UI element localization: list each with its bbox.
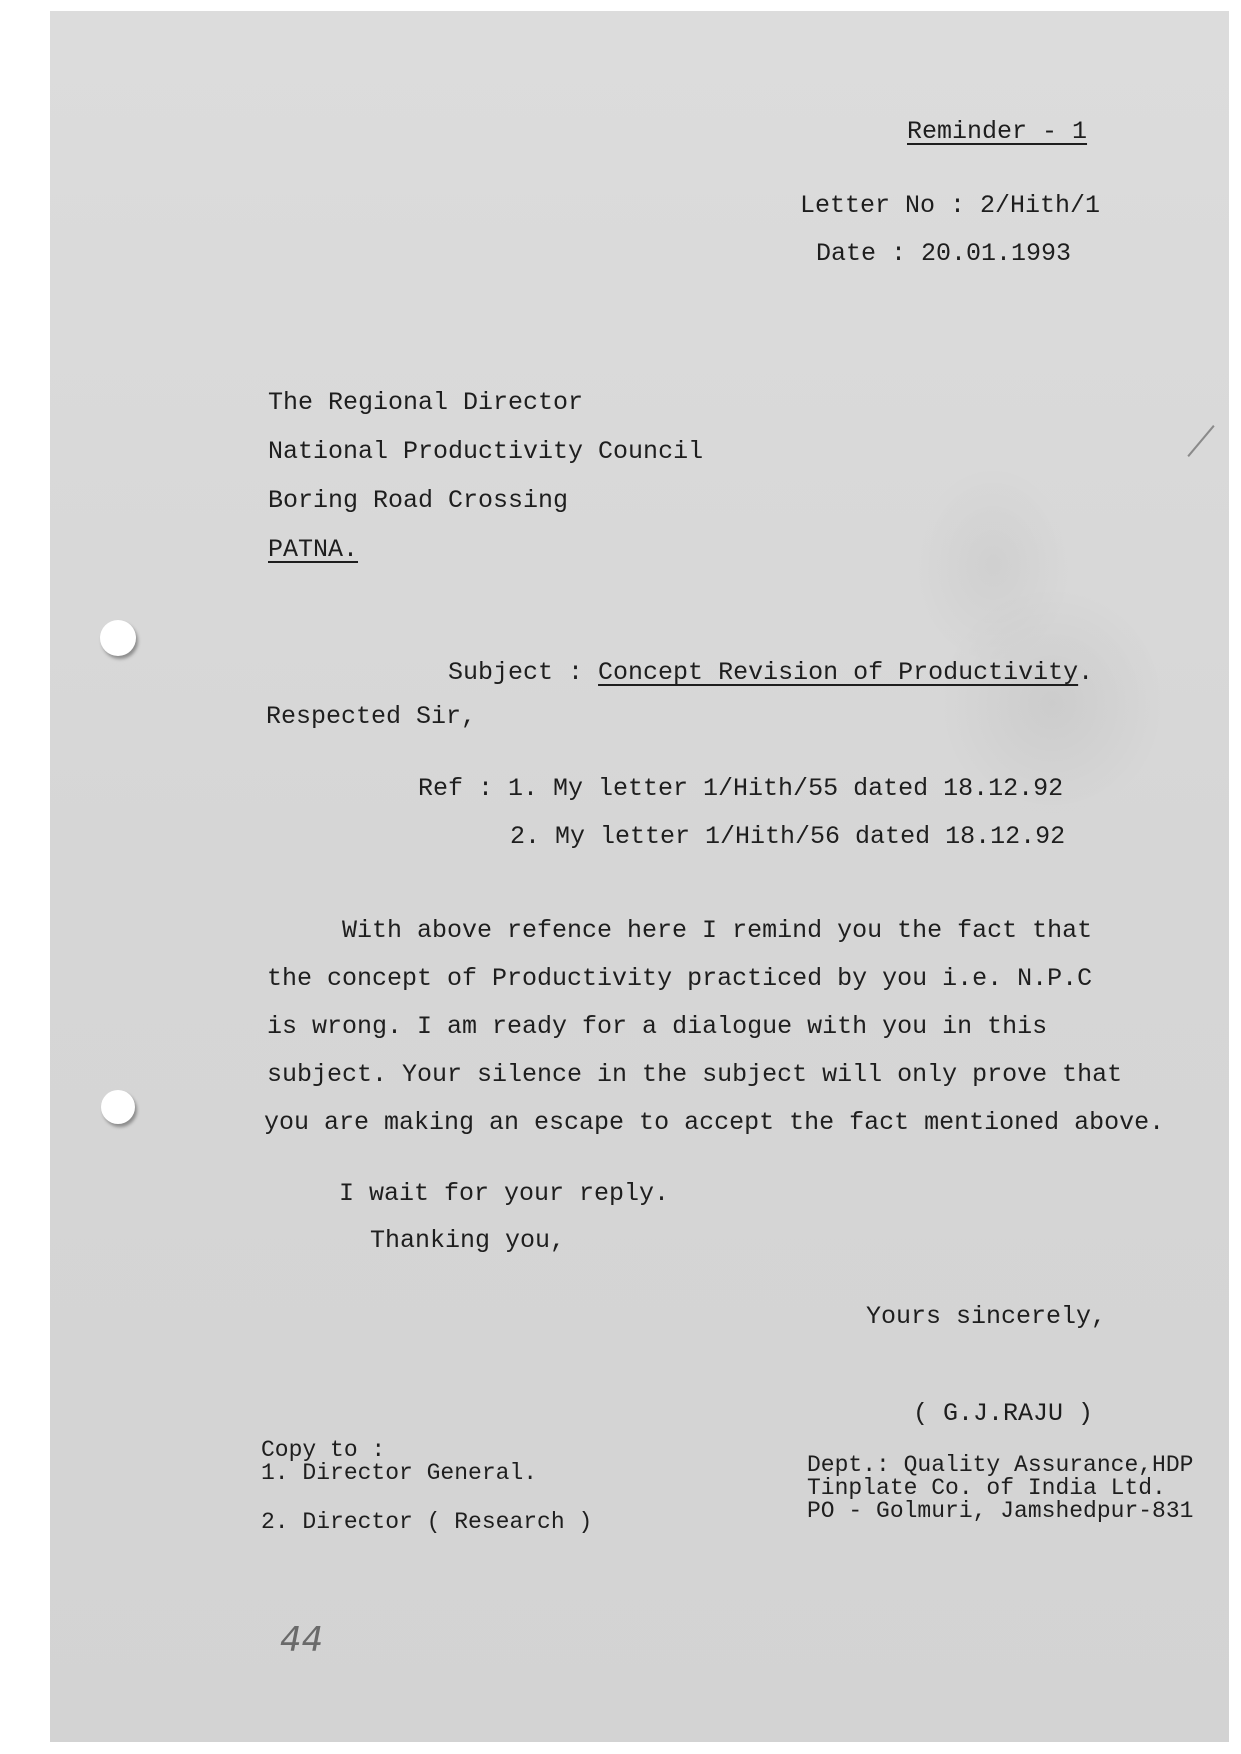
closing-line: I wait for your reply.: [339, 1180, 669, 1208]
reference-1: Ref : 1. My letter 1/Hith/55 dated 18.12…: [418, 775, 1063, 803]
punch-hole: [101, 1090, 135, 1124]
pen-mark: [1187, 425, 1214, 457]
body-line: the concept of Productivity practiced by…: [267, 965, 1092, 993]
body-line: you are making an escape to accept the f…: [264, 1109, 1164, 1137]
subject-end: .: [1078, 658, 1093, 687]
sender-line: PO - Golmuri, Jamshedpur-831: [807, 1499, 1193, 1523]
subject-text: Concept Revision of Productivity: [598, 658, 1078, 687]
subject-label: Subject :: [448, 658, 598, 687]
subject-line: Subject : Concept Revision of Productivi…: [418, 631, 1093, 687]
reference-2: 2. My letter 1/Hith/56 dated 18.12.92: [510, 823, 1065, 851]
punch-hole: [100, 620, 136, 656]
handwritten-page-number: 44: [280, 1620, 323, 1660]
recipient-line: The Regional Director: [268, 389, 583, 417]
letter-number: Letter No : 2/Hith/1: [800, 192, 1100, 220]
recipient-line: Boring Road Crossing: [268, 487, 568, 515]
letter-date: Date : 20.01.1993: [816, 240, 1071, 268]
body-line: With above refence here I remind you the…: [342, 917, 1092, 945]
salutation: Respected Sir,: [266, 703, 476, 731]
body-line: subject. Your silence in the subject wil…: [267, 1061, 1122, 1089]
recipient-line: National Productivity Council: [268, 438, 703, 466]
copy-to-label: Copy to :: [261, 1438, 385, 1462]
sender-line: Tinplate Co. of India Ltd.: [807, 1476, 1166, 1500]
thanks-line: Thanking you,: [370, 1227, 565, 1255]
reminder-heading: Reminder - 1: [907, 118, 1087, 146]
copy-to-item: 1. Director General.: [261, 1461, 537, 1485]
copy-to-item: 2. Director ( Research ): [261, 1510, 592, 1534]
sender-line: Dept.: Quality Assurance,HDP: [807, 1453, 1193, 1477]
recipient-city: PATNA.: [268, 536, 358, 564]
sign-off: Yours sincerely,: [866, 1303, 1106, 1331]
body-line: is wrong. I am ready for a dialogue with…: [267, 1013, 1047, 1041]
signatory-name: ( G.J.RAJU ): [913, 1400, 1093, 1428]
